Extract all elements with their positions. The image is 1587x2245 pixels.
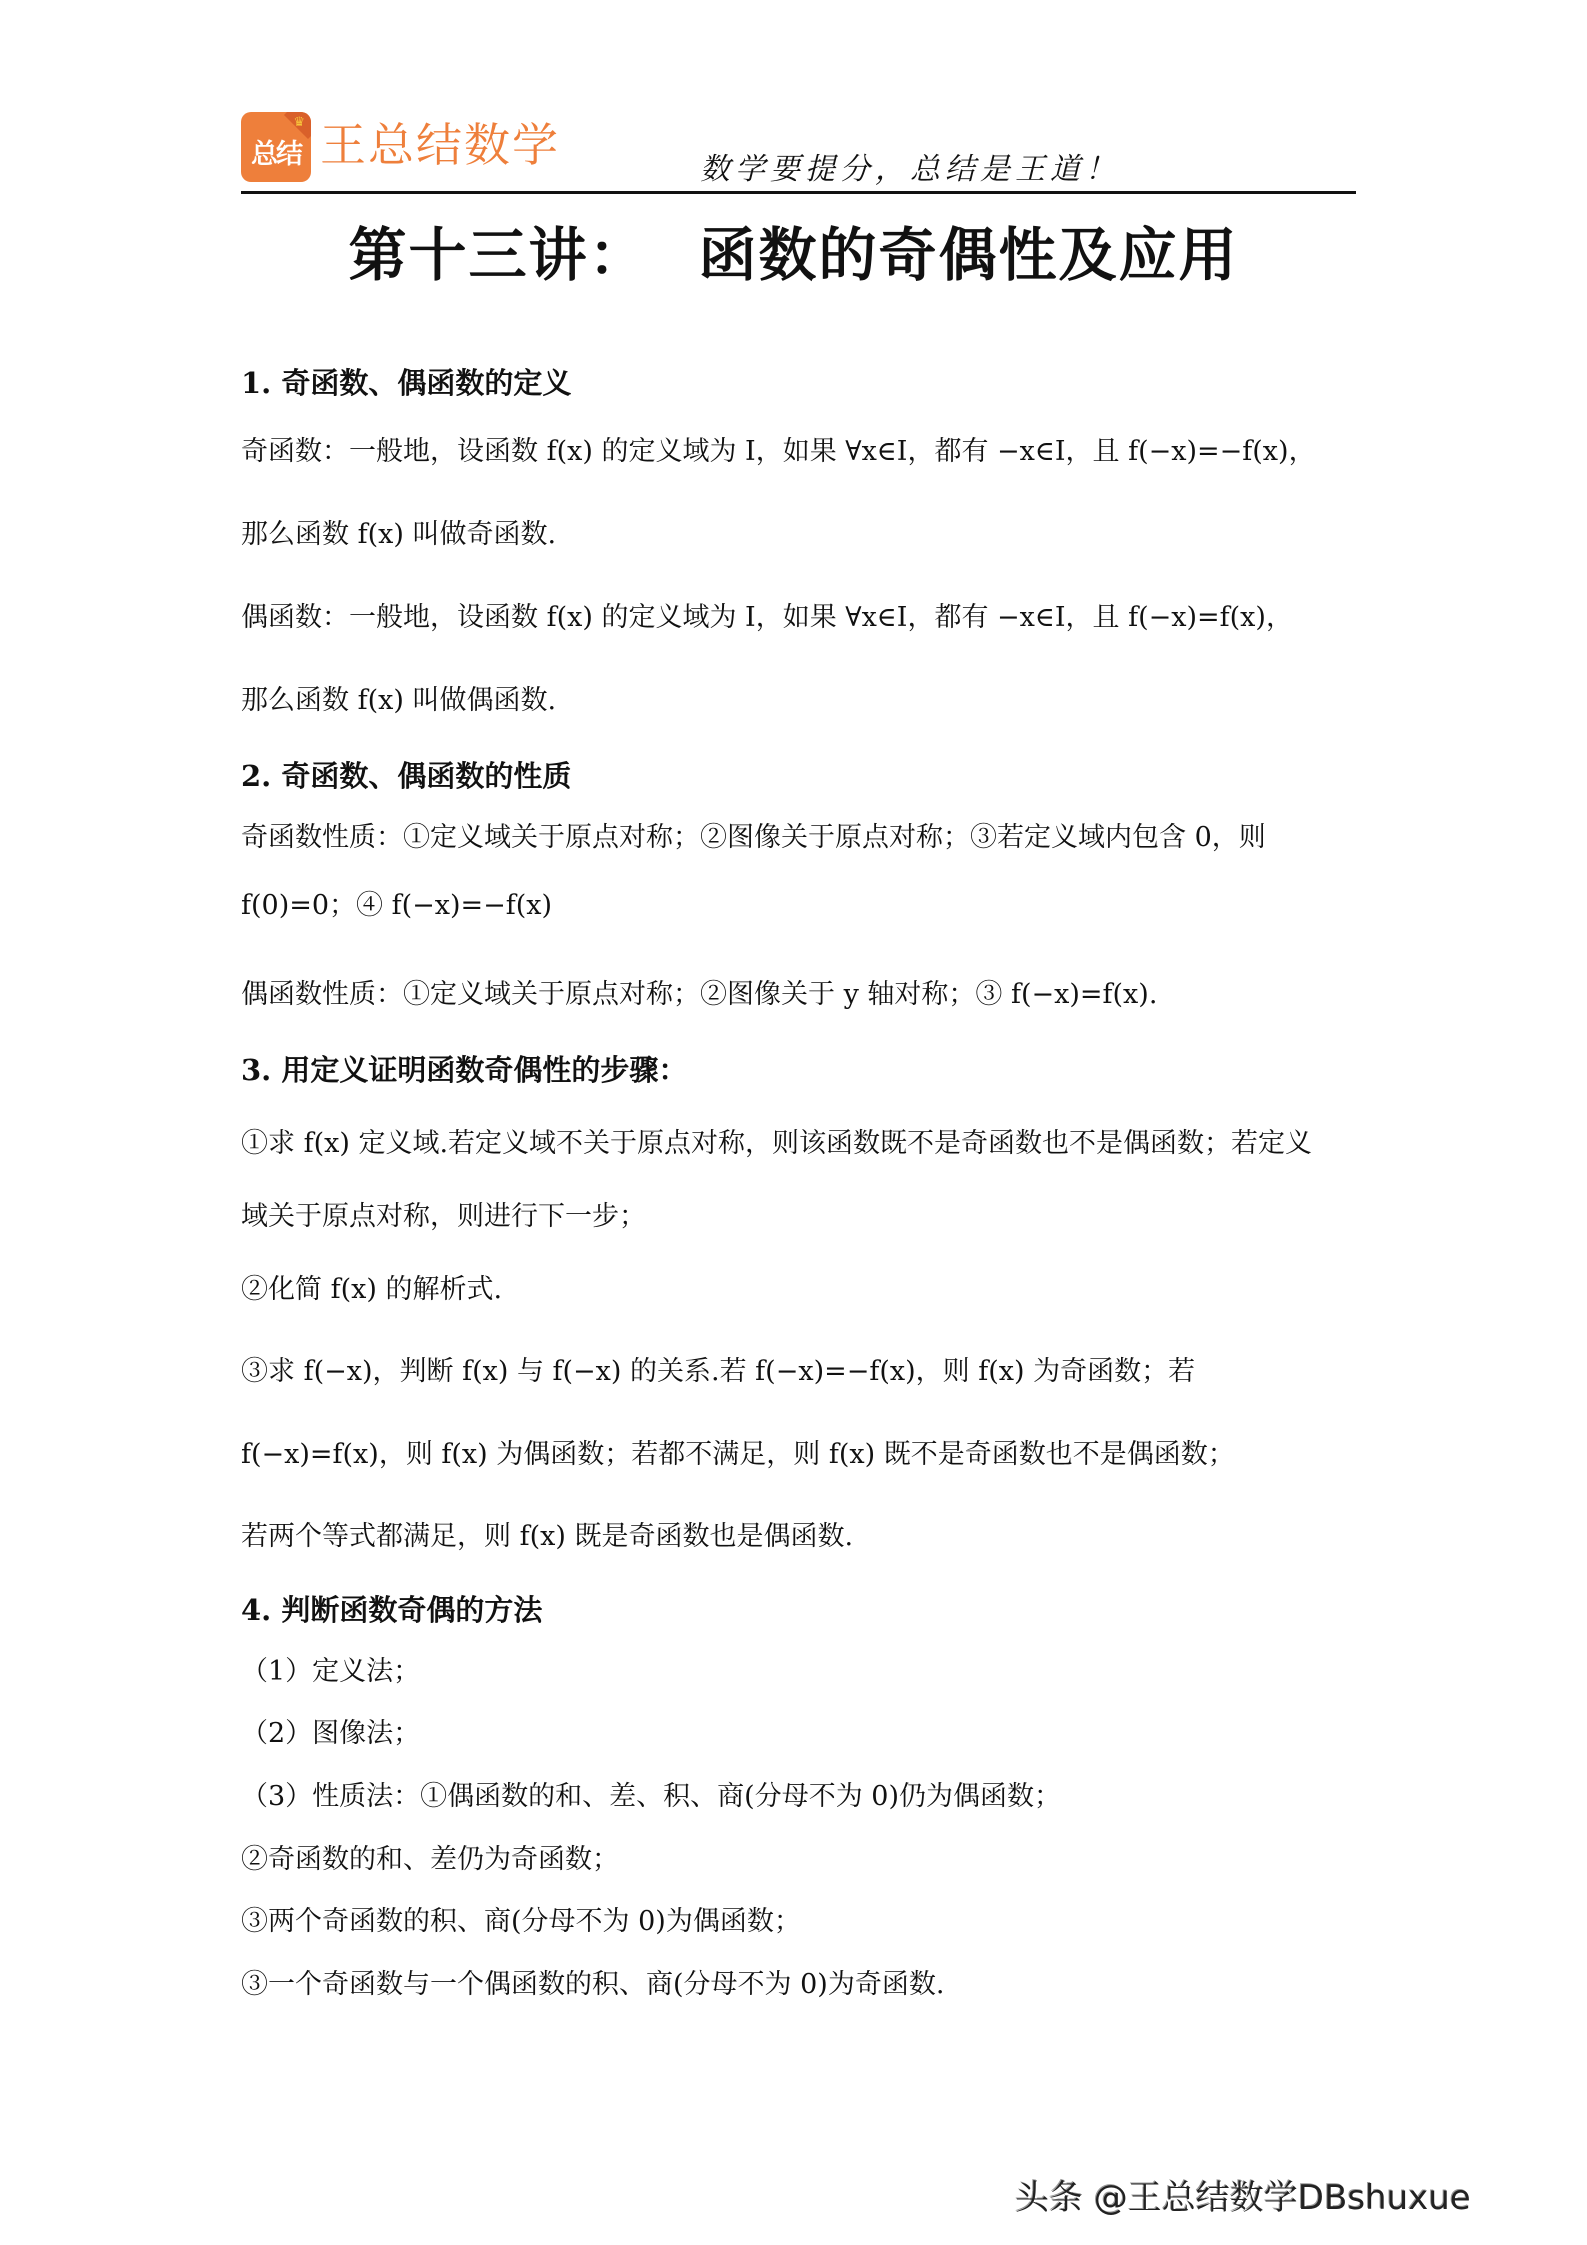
section-1-line: 偶函数：一般地，设函数 f(x) 的定义域为 I，如果 ∀x∈I，都有 −x∈I… (241, 598, 1293, 638)
section-4-line: （1）定义法； (241, 1652, 420, 1692)
section-1-line: 奇函数：一般地，设函数 f(x) 的定义域为 I，如果 ∀x∈I，都有 −x∈I… (241, 432, 1316, 472)
section-3-line: 域关于原点对称，则进行下一步； (241, 1197, 646, 1237)
section-4-line: ③一个奇函数与一个偶函数的积、商(分母不为 0)为奇函数. (241, 1965, 944, 2005)
lecture-number: 第十三讲： (348, 221, 648, 289)
section-4-line: （2）图像法； (241, 1714, 420, 1754)
section-3-line: f(−x)=f(x)，则 f(x) 为偶函数；若都不满足，则 f(x) 既不是奇… (241, 1435, 1235, 1475)
watermark: 头条 @王总结数学DBshuxue (1015, 2170, 1471, 2219)
logo-text: 总结 (241, 132, 311, 171)
lecture-topic: 函数的奇偶性及应用 (699, 221, 1239, 289)
section-2-line: 奇函数性质：①定义域关于原点对称；②图像关于原点对称；③若定义域内包含 0，则 (241, 818, 1266, 858)
section-3-line: ①求 f(x) 定义域.若定义域不关于原点对称，则该函数既不是奇函数也不是偶函数… (241, 1124, 1312, 1164)
logo-badge: ♛ 总结 (241, 112, 311, 182)
section-1-line: 那么函数 f(x) 叫做偶函数. (241, 681, 556, 721)
slogan: 数学要提分，总结是王道！ (700, 150, 1120, 190)
section-3-line: 若两个等式都满足，则 f(x) 既是奇函数也是偶函数. (241, 1517, 853, 1557)
page-title: 第十三讲：函数的奇偶性及应用 (0, 220, 1587, 290)
section-3-heading: 3. 用定义证明函数奇偶性的步骤： (241, 1050, 687, 1090)
section-1-heading: 1. 奇函数、偶函数的定义 (241, 363, 571, 403)
section-4-line: ②奇函数的和、差仍为奇函数； (241, 1840, 619, 1880)
section-1-line: 那么函数 f(x) 叫做奇函数. (241, 515, 556, 555)
section-3-line: ②化简 f(x) 的解析式. (241, 1270, 502, 1310)
section-2-line: 偶函数性质：①定义域关于原点对称；②图像关于 y 轴对称；③ f(−x)=f(x… (241, 975, 1157, 1015)
section-2-heading: 2. 奇函数、偶函数的性质 (241, 756, 571, 796)
section-4-heading: 4. 判断函数奇偶的方法 (241, 1590, 542, 1630)
section-4-line: （3）性质法：①偶函数的和、差、积、商(分母不为 0)仍为偶函数； (241, 1777, 1061, 1817)
section-2-line: f(0)=0；④ f(−x)=−f(x) (241, 886, 552, 926)
section-4-line: ③两个奇函数的积、商(分母不为 0)为偶函数； (241, 1902, 801, 1942)
brand-name: 王总结数学 (320, 115, 560, 175)
header-divider (241, 191, 1356, 194)
crown-icon: ♛ (293, 115, 305, 130)
section-3-line: ③求 f(−x)，判断 f(x) 与 f(−x) 的关系.若 f(−x)=−f(… (241, 1352, 1195, 1392)
